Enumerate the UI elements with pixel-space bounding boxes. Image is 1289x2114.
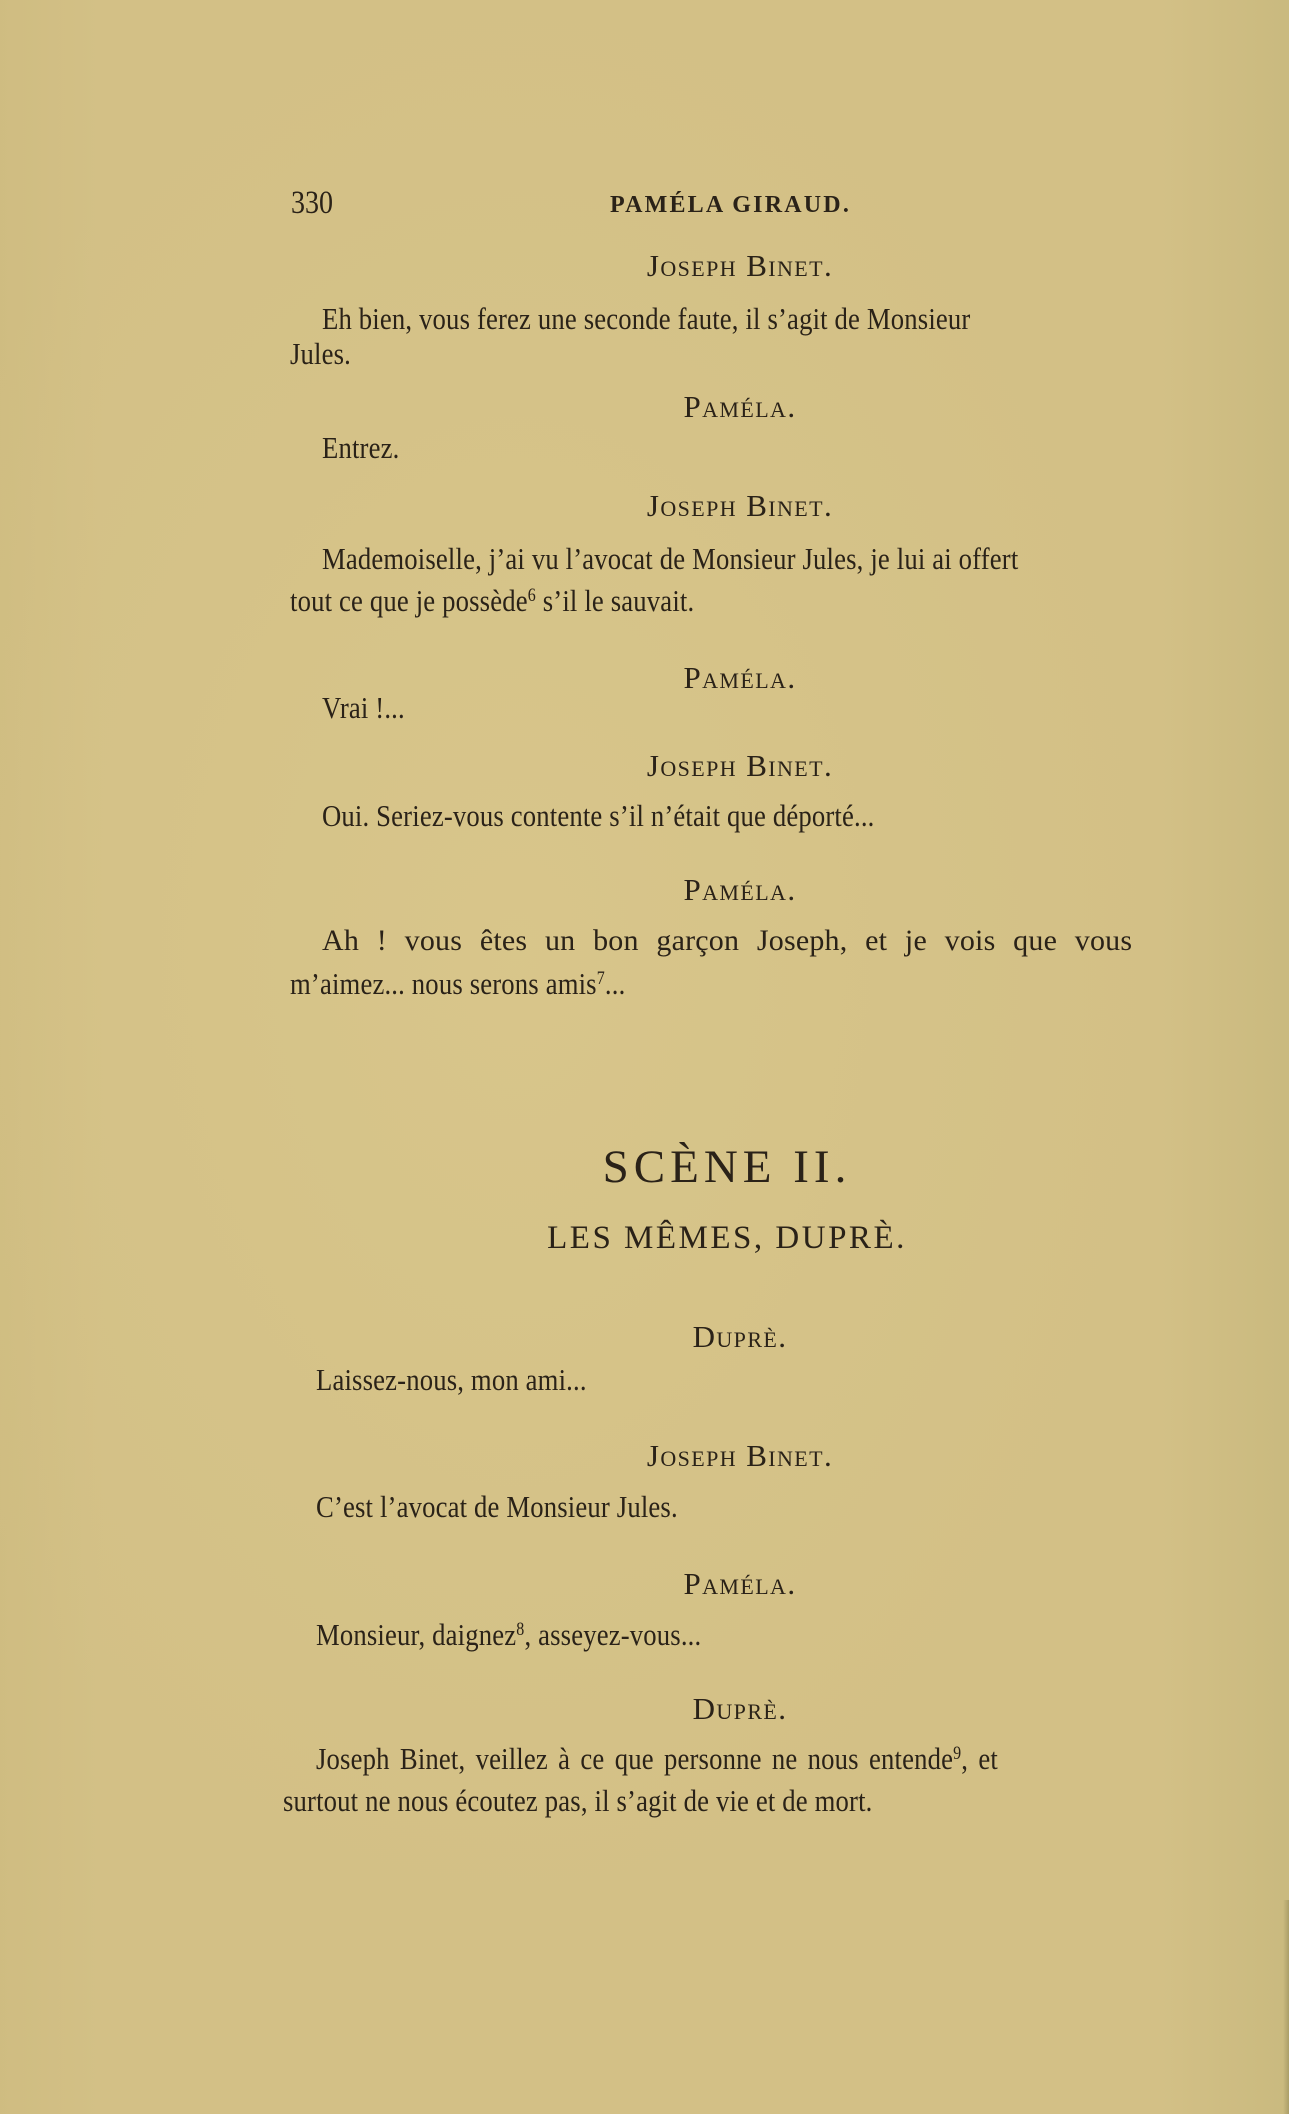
dialogue-line: Ah ! vous êtes un bon garçon Joseph, et …	[322, 926, 1132, 956]
dialogue-text: ...	[605, 966, 626, 1001]
dialogue-text: Eh bien, vous ferez une seconde faute, i…	[322, 301, 970, 336]
footnote-marker[interactable]: 6	[528, 585, 536, 606]
speaker-name: Joseph Binet.	[0, 750, 1289, 781]
speaker-name: Paméla.	[0, 874, 1289, 905]
dialogue-text: m’aimez... nous serons amis	[290, 966, 597, 1001]
dialogue-line: Monsieur, daignez8, asseyez-vous...	[316, 1619, 701, 1650]
speaker-name: Joseph Binet.	[0, 490, 1289, 521]
dialogue-text: Monsieur, daignez	[316, 1617, 516, 1652]
footnote-marker[interactable]: 7	[597, 968, 605, 989]
dialogue-line: C’est l’avocat de Monsieur Jules.	[316, 1491, 678, 1522]
page-edge-shadow	[1283, 1900, 1289, 2114]
speaker-name: Duprè.	[0, 1321, 1289, 1352]
speaker-name: Duprè.	[0, 1693, 1289, 1724]
dialogue-line: Joseph Binet, veillez à ce que personne …	[316, 1743, 998, 1774]
book-page: 330 PAMÉLA GIRAUD. Joseph Binet. Eh bien…	[0, 0, 1289, 2114]
dialogue-line: m’aimez... nous serons amis7...	[290, 968, 625, 999]
speaker-name: Paméla.	[0, 1568, 1289, 1599]
dialogue-text: s’il le sauvait.	[536, 583, 694, 618]
dialogue-line: Vrai !...	[322, 692, 405, 723]
speaker-name: Joseph Binet.	[0, 250, 1289, 281]
dialogue-text: tout ce que je possède	[290, 583, 528, 618]
dialogue-line: Oui. Seriez-vous contente s’il n’était q…	[322, 800, 875, 831]
dialogue-text: , asseyez-vous...	[524, 1617, 701, 1652]
dialogue-line: Entrez.	[322, 432, 399, 463]
speaker-name: Paméla.	[0, 662, 1289, 693]
scene-title: SCÈNE II.	[0, 1144, 1289, 1191]
dialogue-text: Joseph Binet, veillez à ce que personne …	[316, 1741, 953, 1776]
dialogue-line: Laissez-nous, mon ami...	[316, 1364, 587, 1395]
dialogue-line: Eh bien, vous ferez une seconde faute, i…	[322, 303, 1191, 334]
running-title: PAMÉLA GIRAUD.	[610, 192, 851, 219]
dialogue-line: Jules.	[290, 338, 351, 369]
page-number: 330	[291, 185, 333, 222]
dialogue-line: tout ce que je possède6 s’il le sauvait.	[290, 585, 694, 616]
scene-cast: LES MÊMES, DUPRÈ.	[0, 1222, 1289, 1255]
dialogue-line: surtout ne nous écoutez pas, il s’agit d…	[283, 1785, 873, 1816]
dialogue-text: , et	[961, 1741, 998, 1776]
dialogue-line: Mademoiselle, j’ai vu l’avocat de Monsie…	[322, 543, 1018, 574]
speaker-name: Paméla.	[0, 391, 1289, 422]
speaker-name: Joseph Binet.	[0, 1440, 1289, 1471]
